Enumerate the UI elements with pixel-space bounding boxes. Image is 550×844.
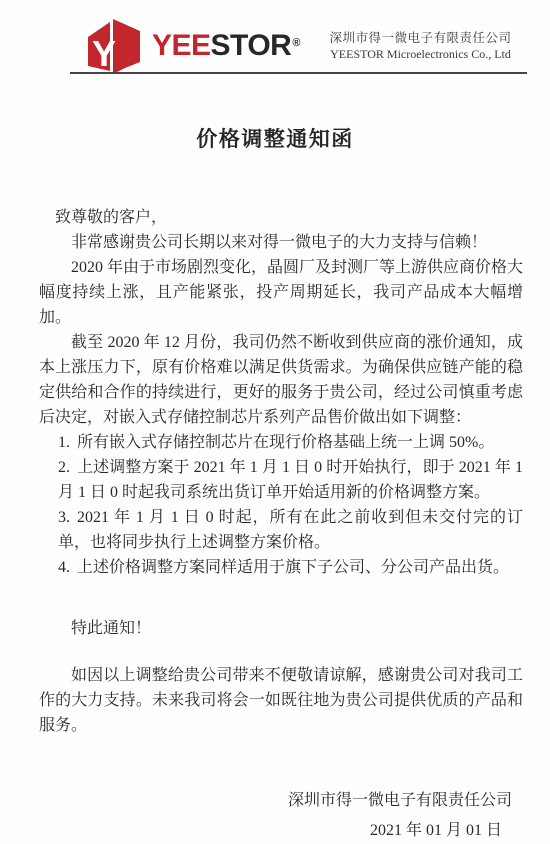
letter-page: Y YEESTOR® 深圳市得一微电子有限责任公司 YEESTOR Microe…	[0, 0, 550, 844]
list-item-text: 所有嵌入式存储控制芯片在现行价格基础上统一上调 50%。	[77, 434, 494, 451]
logo-y-letter: Y	[92, 33, 116, 74]
wordmark-red-part: YEE	[152, 29, 211, 62]
yeestor-wordmark: YEESTOR®	[152, 29, 299, 63]
closing-paragraph: 如因以上调整给贵公司带来不便敬请谅解，感谢贵公司对我司工作的大力支持。未来我司将…	[39, 663, 523, 738]
list-item-number: 4.	[58, 559, 70, 576]
list-item-number: 2.	[58, 459, 70, 476]
list-item: 3.2021 年 1 月 1 日 0 时起，所有在此之前收到但未交付完的订单，也…	[58, 505, 523, 555]
list-item-number: 1.	[58, 434, 70, 451]
header-company-block: 深圳市得一微电子有限责任公司 YEESTOR Microelectronics …	[313, 30, 528, 62]
list-item: 1.所有嵌入式存储控制芯片在现行价格基础上统一上调 50%。	[58, 430, 523, 455]
signature-date: 2021 年 01 月 01 日	[288, 816, 512, 844]
header-divider	[70, 72, 527, 74]
list-item-text: 上述价格调整方案同样适用于旗下子公司、分公司产品出货。	[77, 559, 509, 576]
notice-line: 特此通知！	[39, 616, 523, 641]
list-item-number: 3.	[58, 509, 70, 526]
list-item-text: 2021 年 1 月 1 日 0 时起，所有在此之前收到但未交付完的订单，也将同…	[58, 509, 523, 551]
list-item-text: 上述调整方案于 2021 年 1 月 1 日 0 时开始执行，即于 2021 年…	[58, 459, 523, 501]
salutation: 致尊敬的客户，	[39, 205, 523, 230]
list-item: 2.上述调整方案于 2021 年 1 月 1 日 0 时开始执行，即于 2021…	[58, 455, 523, 505]
letter-body: 致尊敬的客户， 非常感谢贵公司长期以来对得一微电子的大力支持与信赖！ 2020 …	[39, 205, 523, 738]
signature-company: 深圳市得一微电子有限责任公司	[288, 786, 512, 816]
company-name-en: YEESTOR Microelectronics Co., Ltd	[313, 46, 528, 62]
registered-trademark-icon: ®	[292, 37, 300, 49]
wordmark-dark-part: STOR	[211, 29, 292, 62]
adjustment-list: 1.所有嵌入式存储控制芯片在现行价格基础上统一上调 50%。 2.上述调整方案于…	[39, 430, 523, 580]
paragraph-thanks: 非常感谢贵公司长期以来对得一微电子的大力支持与信赖！	[39, 230, 523, 255]
list-item: 4.上述价格调整方案同样适用于旗下子公司、分公司产品出货。	[58, 555, 523, 580]
document-title: 价格调整通知函	[0, 123, 550, 153]
yeestor-logo-icon: Y	[86, 16, 142, 74]
company-name-cn: 深圳市得一微电子有限责任公司	[313, 30, 528, 46]
paragraph-market: 2020 年由于市场剧烈变化，晶圆厂及封测厂等上游供应商价格大幅度持续上涨，且产…	[39, 255, 523, 330]
paragraph-decision: 截至 2020 年 12 月份，我司仍然不断收到供应商的涨价通知，成本上涨压力下…	[39, 330, 523, 430]
signature-block: 深圳市得一微电子有限责任公司 2021 年 01 月 01 日	[288, 786, 512, 844]
